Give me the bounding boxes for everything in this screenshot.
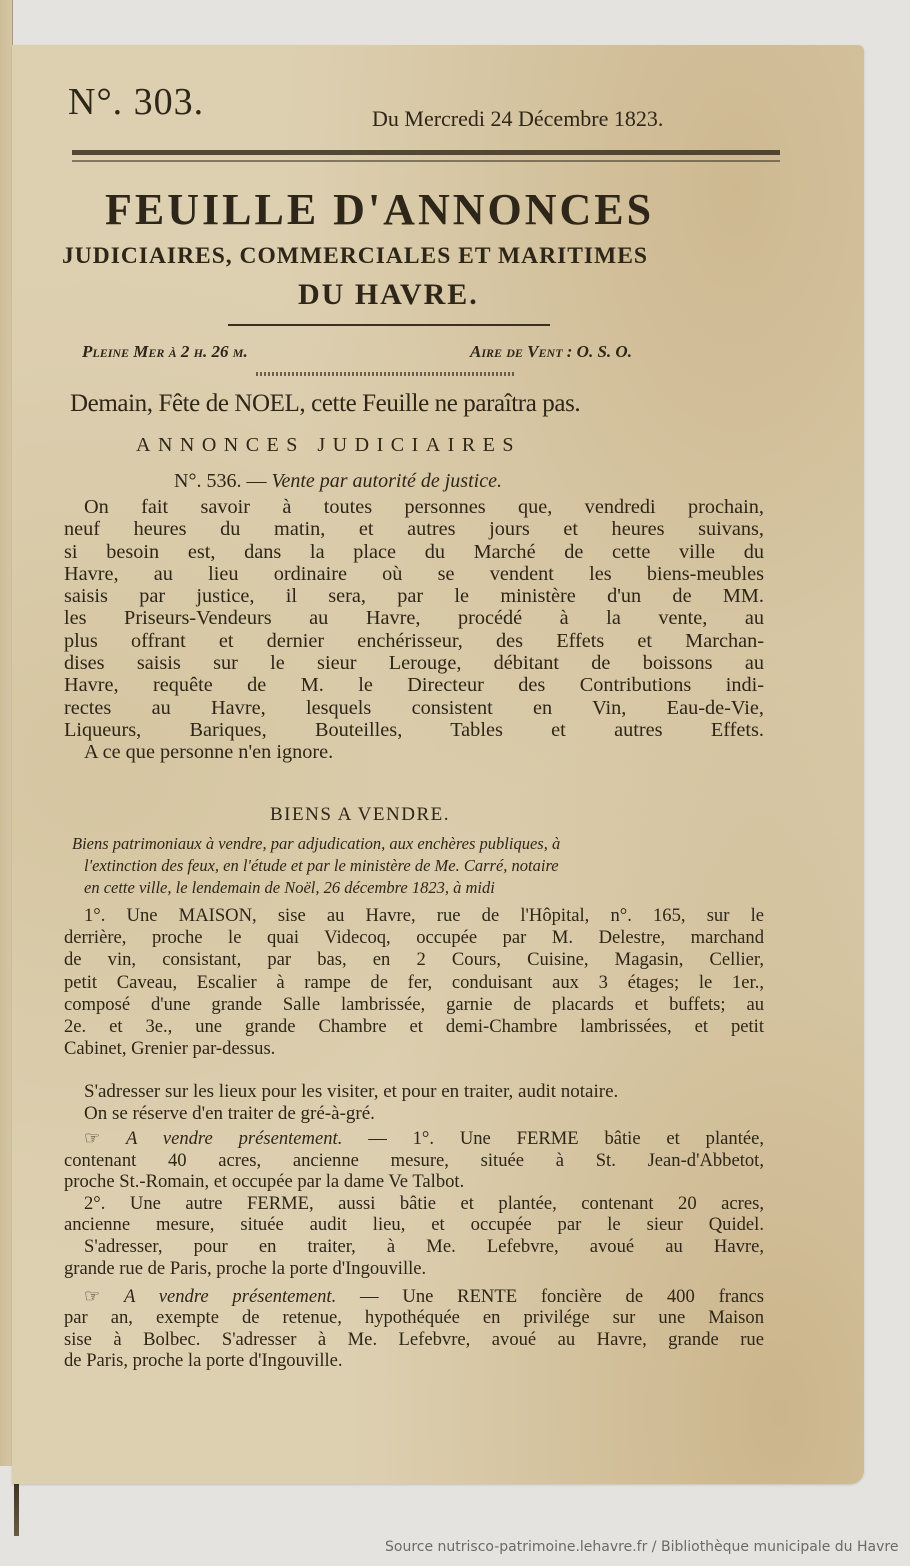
text-line: ☞ A vendre présentement. — Une RENTE fon… (64, 1286, 764, 1307)
text-line: S'adresser sur les lieux pour les visite… (64, 1081, 764, 1103)
text-line: ☞ A vendre présentement. — 1°. Une FERME… (64, 1128, 764, 1150)
text-line: composé d'une grande Salle lambrissée, g… (64, 994, 764, 1016)
text-line: saisis par justice, il sera, par le mini… (64, 585, 764, 607)
rente-lead: A vendre présentement. (124, 1286, 336, 1307)
wavy-divider (256, 372, 514, 376)
text-line: 2°. Une autre FERME, aussi bâtie et plan… (64, 1193, 764, 1215)
text-line: par an, exempte de retenue, hypothéquée … (64, 1307, 764, 1328)
rente-listing: ☞ A vendre présentement. — Une RENTE fon… (64, 1286, 764, 1372)
holiday-notice: Demain, Fête de NOEL, cette Feuille ne p… (70, 390, 580, 418)
text-line: On se réserve d'en traiter de gré-à-gré. (64, 1103, 764, 1125)
text-line: de vin, consistant, par bas, en 2 Cours,… (64, 949, 764, 971)
issue-date: Du Mercredi 24 Décembre 1823. (372, 106, 663, 132)
text-line: A ce que personne n'en ignore. (64, 741, 764, 763)
judicial-item-number: N°. 536. — (174, 470, 266, 492)
masthead-rule-thin (72, 160, 780, 162)
biens-intro: Biens patrimoniaux à vendre, par adjudic… (72, 833, 780, 899)
masthead-title: FEUILLE D'ANNONCES (105, 184, 654, 235)
judicial-notice-body: On fait savoir à toutes personnes que, v… (64, 496, 764, 764)
masthead-rule-thick (72, 150, 780, 155)
pointing-hand-icon: ☞ (84, 1128, 100, 1148)
text-line: sise à Bolbec. S'adresser à Me. Lefebvre… (64, 1329, 764, 1350)
text-line: Biens patrimoniaux à vendre, par adjudic… (72, 833, 780, 855)
masthead-city: DU HAVRE. (298, 278, 479, 312)
section-title-judicial: ANNONCES JUDICIAIRES (136, 434, 521, 457)
maison-contact: S'adresser sur les lieux pour les visite… (64, 1081, 764, 1125)
pointing-hand-icon: ☞ (84, 1286, 100, 1306)
text-line: On fait savoir à toutes personnes que, v… (64, 496, 764, 518)
binding-spine-mark (14, 1476, 19, 1536)
text-line: l'extinction des feux, en l'étude et par… (72, 855, 780, 877)
text-line: ancienne mesure, située audit lieu, et o… (64, 1214, 764, 1236)
text-line: 2e. et 3e., une grande Chambre et demi-C… (64, 1016, 764, 1038)
text-line: grande rue de Paris, proche la porte d'I… (64, 1258, 764, 1280)
ferme-line: — 1°. Une FERME bâtie et plantée, (368, 1128, 764, 1149)
rente-line: — Une RENTE foncière de 400 francs (360, 1286, 764, 1307)
text-line: Havre, requête de M. le Directeur des Co… (64, 674, 764, 696)
masthead-rule-bottom (228, 324, 550, 326)
tide-info: Pleine Mer à 2 h. 26 m. (82, 342, 248, 362)
text-line: 1°. Une MAISON, sise au Havre, rue de l'… (64, 905, 764, 927)
text-line: neuf heures du matin, et autres jours et… (64, 518, 764, 540)
text-line: S'adresser, pour en traiter, à Me. Lefeb… (64, 1236, 764, 1258)
text-line: si besoin est, dans la place du Marché d… (64, 541, 764, 563)
section-title-biens: BIENS A VENDRE. (270, 804, 450, 826)
text-line: petit Caveau, Escalier à rampe de fer, c… (64, 972, 764, 994)
text-line: plus offrant et dernier enchérisseur, de… (64, 630, 764, 652)
text-line: Havre, au lieu ordinaire où se vendent l… (64, 563, 764, 585)
text-line: dises saisis sur le sieur Lerouge, débit… (64, 652, 764, 674)
issue-number: N°. 303. (68, 80, 204, 124)
text-line: Liqueurs, Bariques, Bouteilles, Tables e… (64, 719, 764, 741)
text-line: contenant 40 acres, ancienne mesure, sit… (64, 1150, 764, 1172)
source-credit: Source nutrisco-patrimoine.lehavre.fr / … (385, 1539, 898, 1555)
wind-info: Aire de Vent : O. S. O. (470, 342, 632, 362)
text-line: derrière, proche le quai Videcoq, occupé… (64, 927, 764, 949)
text-line: Cabinet, Grenier par-dessus. (64, 1038, 764, 1060)
text-line: proche St.-Romain, et occupée par la dam… (64, 1171, 764, 1193)
maison-listing: 1°. Une MAISON, sise au Havre, rue de l'… (64, 905, 764, 1060)
text-line: de Paris, proche la porte d'Ingouville. (64, 1350, 764, 1371)
judicial-item-title: Vente par autorité de justice. (271, 470, 502, 492)
text-line: en cette ville, le lendemain de Noël, 26… (72, 877, 780, 899)
judicial-item-heading: N°. 536. — Vente par autorité de justice… (174, 470, 502, 493)
masthead-subtitle: JUDICIAIRES, COMMERCIALES ET MARITIMES (62, 243, 648, 270)
text-line: rectes au Havre, lesquels consistent en … (64, 697, 764, 719)
text-line: les Priseurs-Vendeurs au Havre, procédé … (64, 607, 764, 629)
ferme-lead: A vendre présentement. (126, 1128, 342, 1149)
ferme-listing: ☞ A vendre présentement. — 1°. Une FERME… (64, 1128, 764, 1279)
